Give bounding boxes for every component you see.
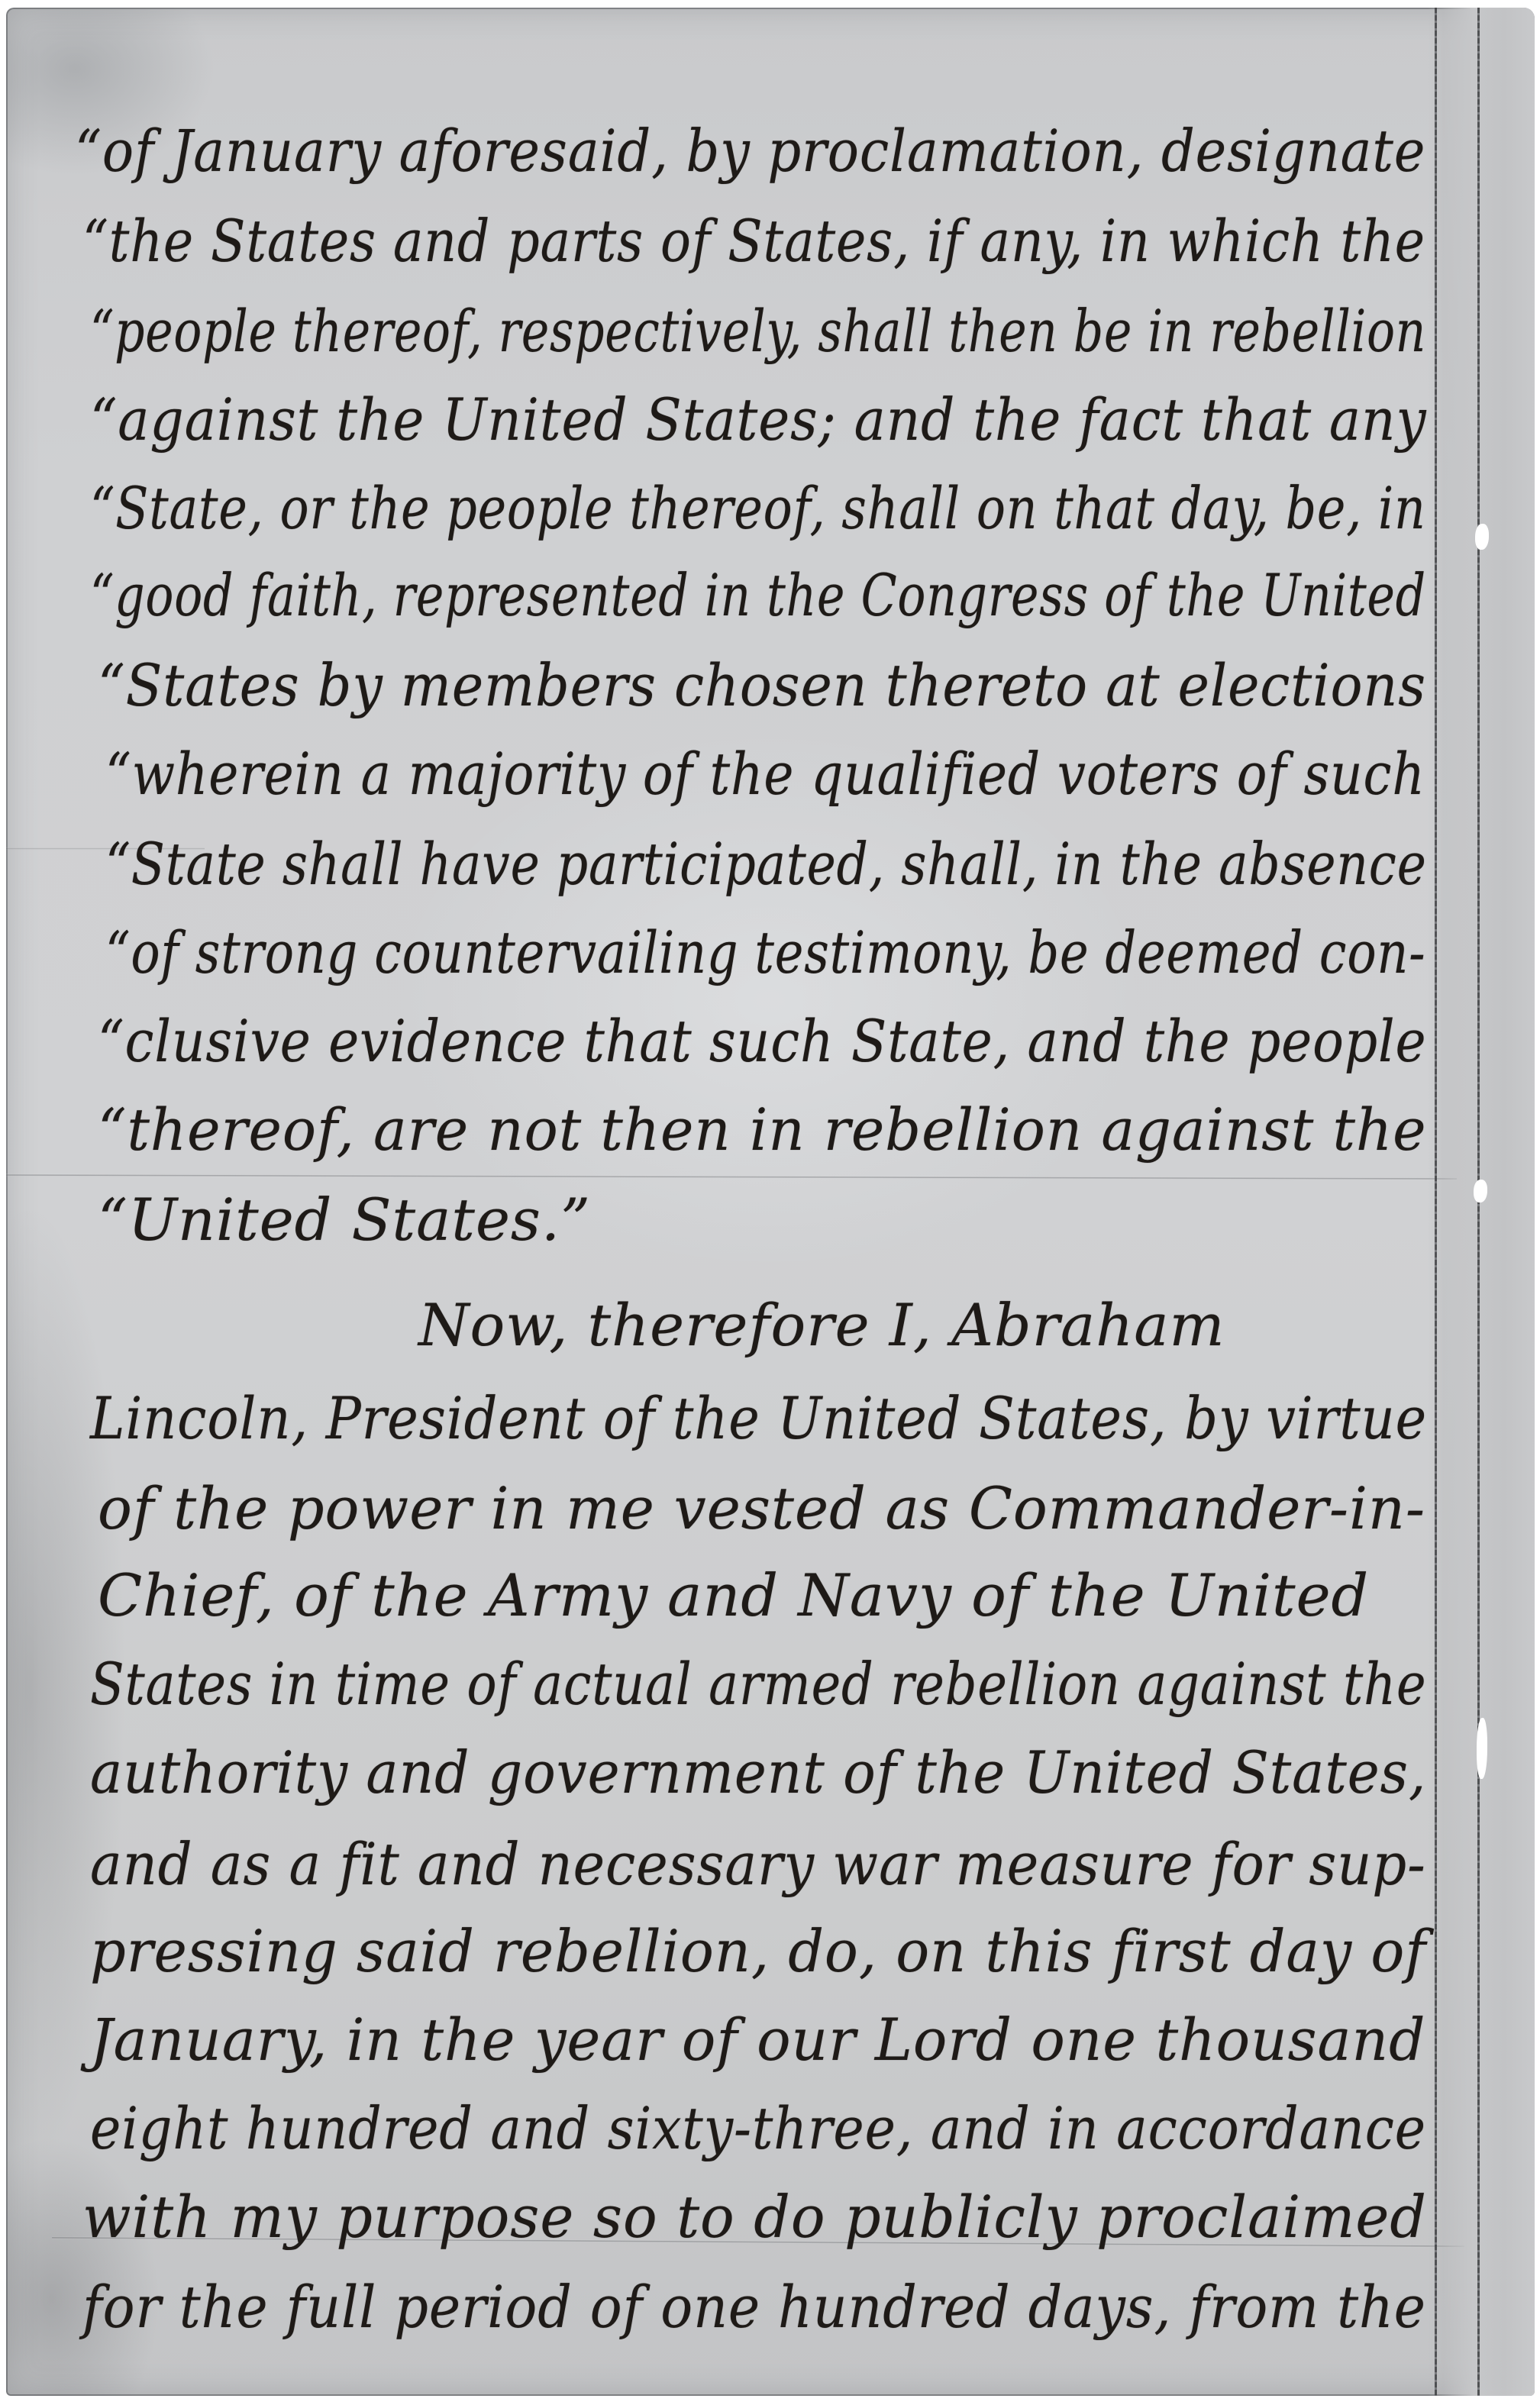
- text-line: “good faith, represented in the Congress…: [90, 567, 1426, 625]
- paper-tear: [1474, 1180, 1487, 1202]
- text-line: “the States and parts of States, if any,…: [82, 212, 1425, 270]
- text-line: January, in the year of our Lord one tho…: [90, 2011, 1425, 2069]
- text-line: “people thereof, respectively, shall the…: [90, 302, 1426, 360]
- text-line: “of strong countervailing testimony, be …: [105, 924, 1425, 982]
- text-line: with my purpose so to do publicly procla…: [82, 2188, 1427, 2246]
- text-line: of the power in me vested as Commander-i…: [98, 1480, 1425, 1538]
- text-line: “against the United States; and the fact…: [90, 391, 1426, 449]
- text-line: “United States.”: [98, 1191, 591, 1249]
- text-line: Chief, of the Army and Navy of the Unite…: [98, 1567, 1369, 1625]
- paper-tear: [1475, 524, 1489, 550]
- text-line: pressing said rebellion, do, on this fir…: [90, 1922, 1426, 1980]
- text-line: “wherein a majority of the qualified vot…: [105, 745, 1425, 803]
- text-line: “of January aforesaid, by proclamation, …: [75, 122, 1425, 180]
- text-line: and as a fit and necessary war measure f…: [90, 1835, 1426, 1893]
- paper-tear: [1477, 1718, 1487, 1779]
- text-line: “thereof, are not then in rebellion agai…: [98, 1101, 1427, 1159]
- text-line: “States by members chosen thereto at ele…: [98, 657, 1426, 715]
- text-line: Lincoln, President of the United States,…: [90, 1390, 1427, 1448]
- text-line: States in time of actual armed rebellion…: [90, 1655, 1426, 1713]
- text-line: “clusive evidence that such State, and t…: [98, 1012, 1426, 1070]
- text-line: for the full period of one hundred days,…: [82, 2278, 1426, 2336]
- text-line: eight hundred and sixty-three, and in ac…: [90, 2100, 1426, 2158]
- fold-crease: [6, 1174, 1457, 1180]
- text-line: “State, or the people thereof, shall on …: [90, 479, 1426, 537]
- manuscript-page: “of January aforesaid, by proclamation, …: [6, 8, 1535, 2396]
- binding-ruled-line: [1435, 8, 1437, 2396]
- paragraph-opening-line: Now, therefore I, Abraham: [418, 1296, 1225, 1354]
- text-line: “State shall have participated, shall, i…: [105, 835, 1427, 893]
- text-line: authority and government of the United S…: [90, 1744, 1426, 1802]
